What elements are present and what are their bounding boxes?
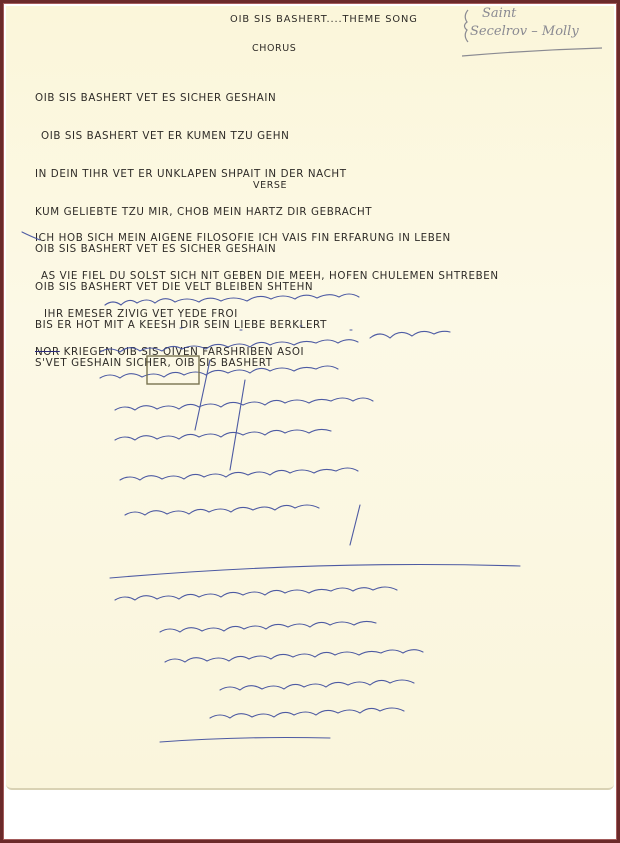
handwritten-yiddish	[0, 0, 620, 843]
